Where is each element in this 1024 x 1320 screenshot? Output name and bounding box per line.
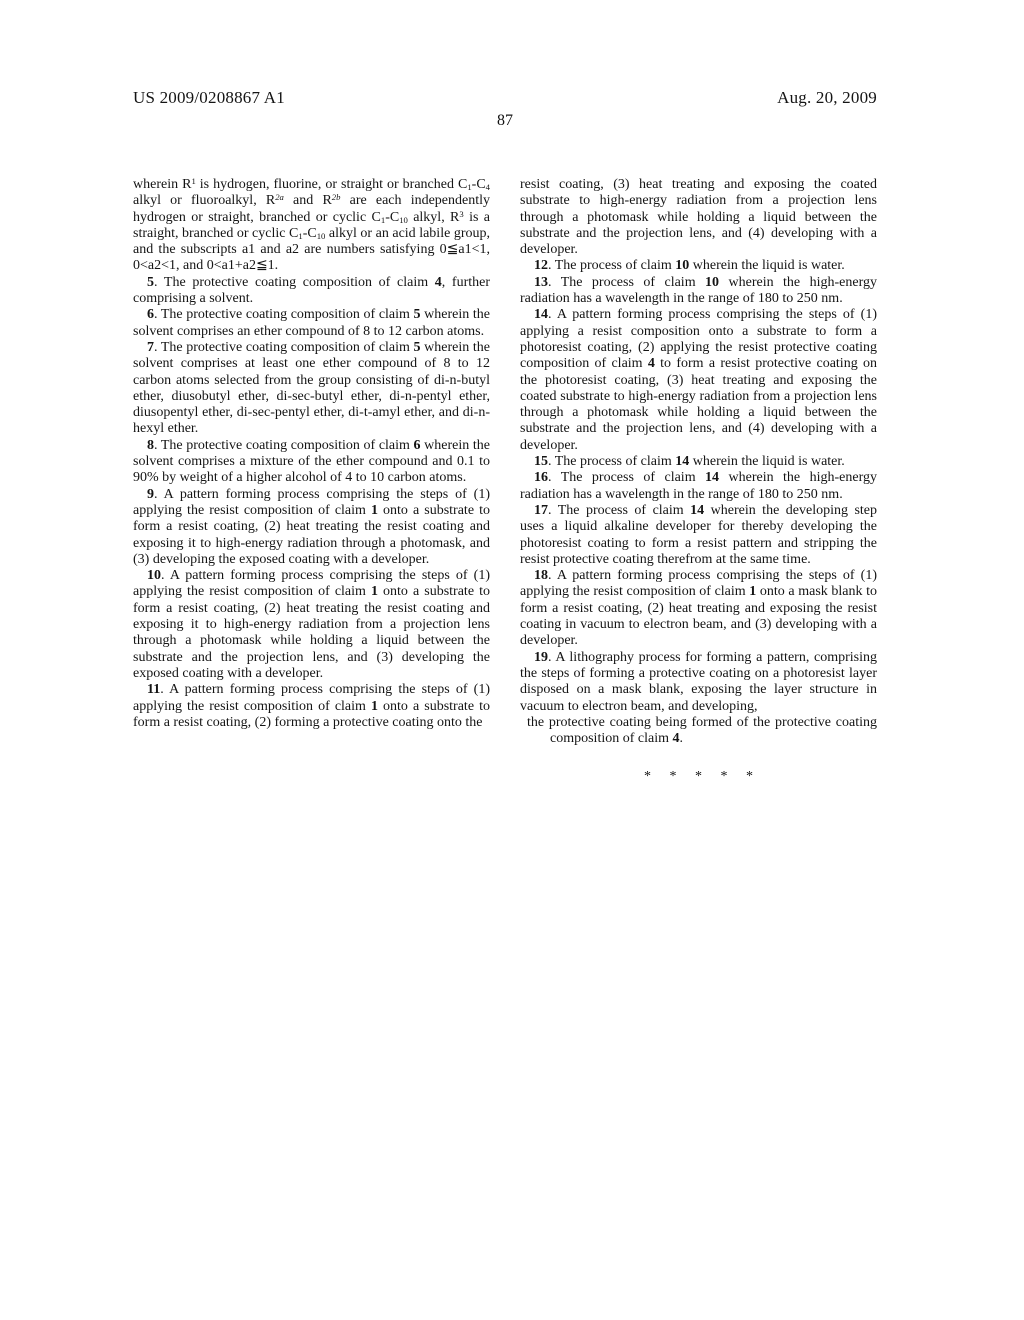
- claim-14: 14. A pattern forming process comprising…: [520, 307, 877, 454]
- claim-5: 5. The protective coating composition of…: [133, 275, 490, 308]
- page-header: US 2009/0208867 A1 Aug. 20, 2009: [133, 88, 877, 108]
- left-column: wherein R1 is hydrogen, fluorine, or str…: [133, 177, 490, 786]
- publication-date: Aug. 20, 2009: [777, 88, 877, 108]
- claim-19: 19. A lithography process for forming a …: [520, 650, 877, 715]
- claim-16: 16. The process of claim 14 wherein the …: [520, 470, 877, 503]
- patent-page: US 2009/0208867 A1 Aug. 20, 2009 87 wher…: [0, 0, 1024, 1320]
- claim-9: 9. A pattern forming process comprising …: [133, 487, 490, 568]
- claims-body: wherein R1 is hydrogen, fluorine, or str…: [133, 177, 877, 786]
- claim-11-continuation: resist coating, (3) heat treating and ex…: [520, 177, 877, 258]
- page-number: 87: [133, 112, 877, 130]
- asterisk-separator: * * * * *: [520, 747, 877, 785]
- claim-8: 8. The protective coating composition of…: [133, 438, 490, 487]
- claim-11-start: 11. A pattern forming process comprising…: [133, 682, 490, 731]
- right-column: resist coating, (3) heat treating and ex…: [520, 177, 877, 786]
- claim-17: 17. The process of claim 14 wherein the …: [520, 503, 877, 568]
- claim-12: 12. The process of claim 10 wherein the …: [520, 258, 877, 274]
- claim-18: 18. A pattern forming process comprising…: [520, 568, 877, 649]
- claim-7: 7. The protective coating composition of…: [133, 340, 490, 438]
- claim-10: 10. A pattern forming process comprising…: [133, 568, 490, 682]
- claim-15: 15. The process of claim 14 wherein the …: [520, 454, 877, 470]
- patent-publication-number: US 2009/0208867 A1: [133, 88, 285, 108]
- claim-6: 6. The protective coating composition of…: [133, 307, 490, 340]
- claim-19-subclause: the protective coating being formed of t…: [520, 715, 877, 748]
- claim-13: 13. The process of claim 10 wherein the …: [520, 275, 877, 308]
- wherein-clause: wherein R1 is hydrogen, fluorine, or str…: [133, 177, 490, 275]
